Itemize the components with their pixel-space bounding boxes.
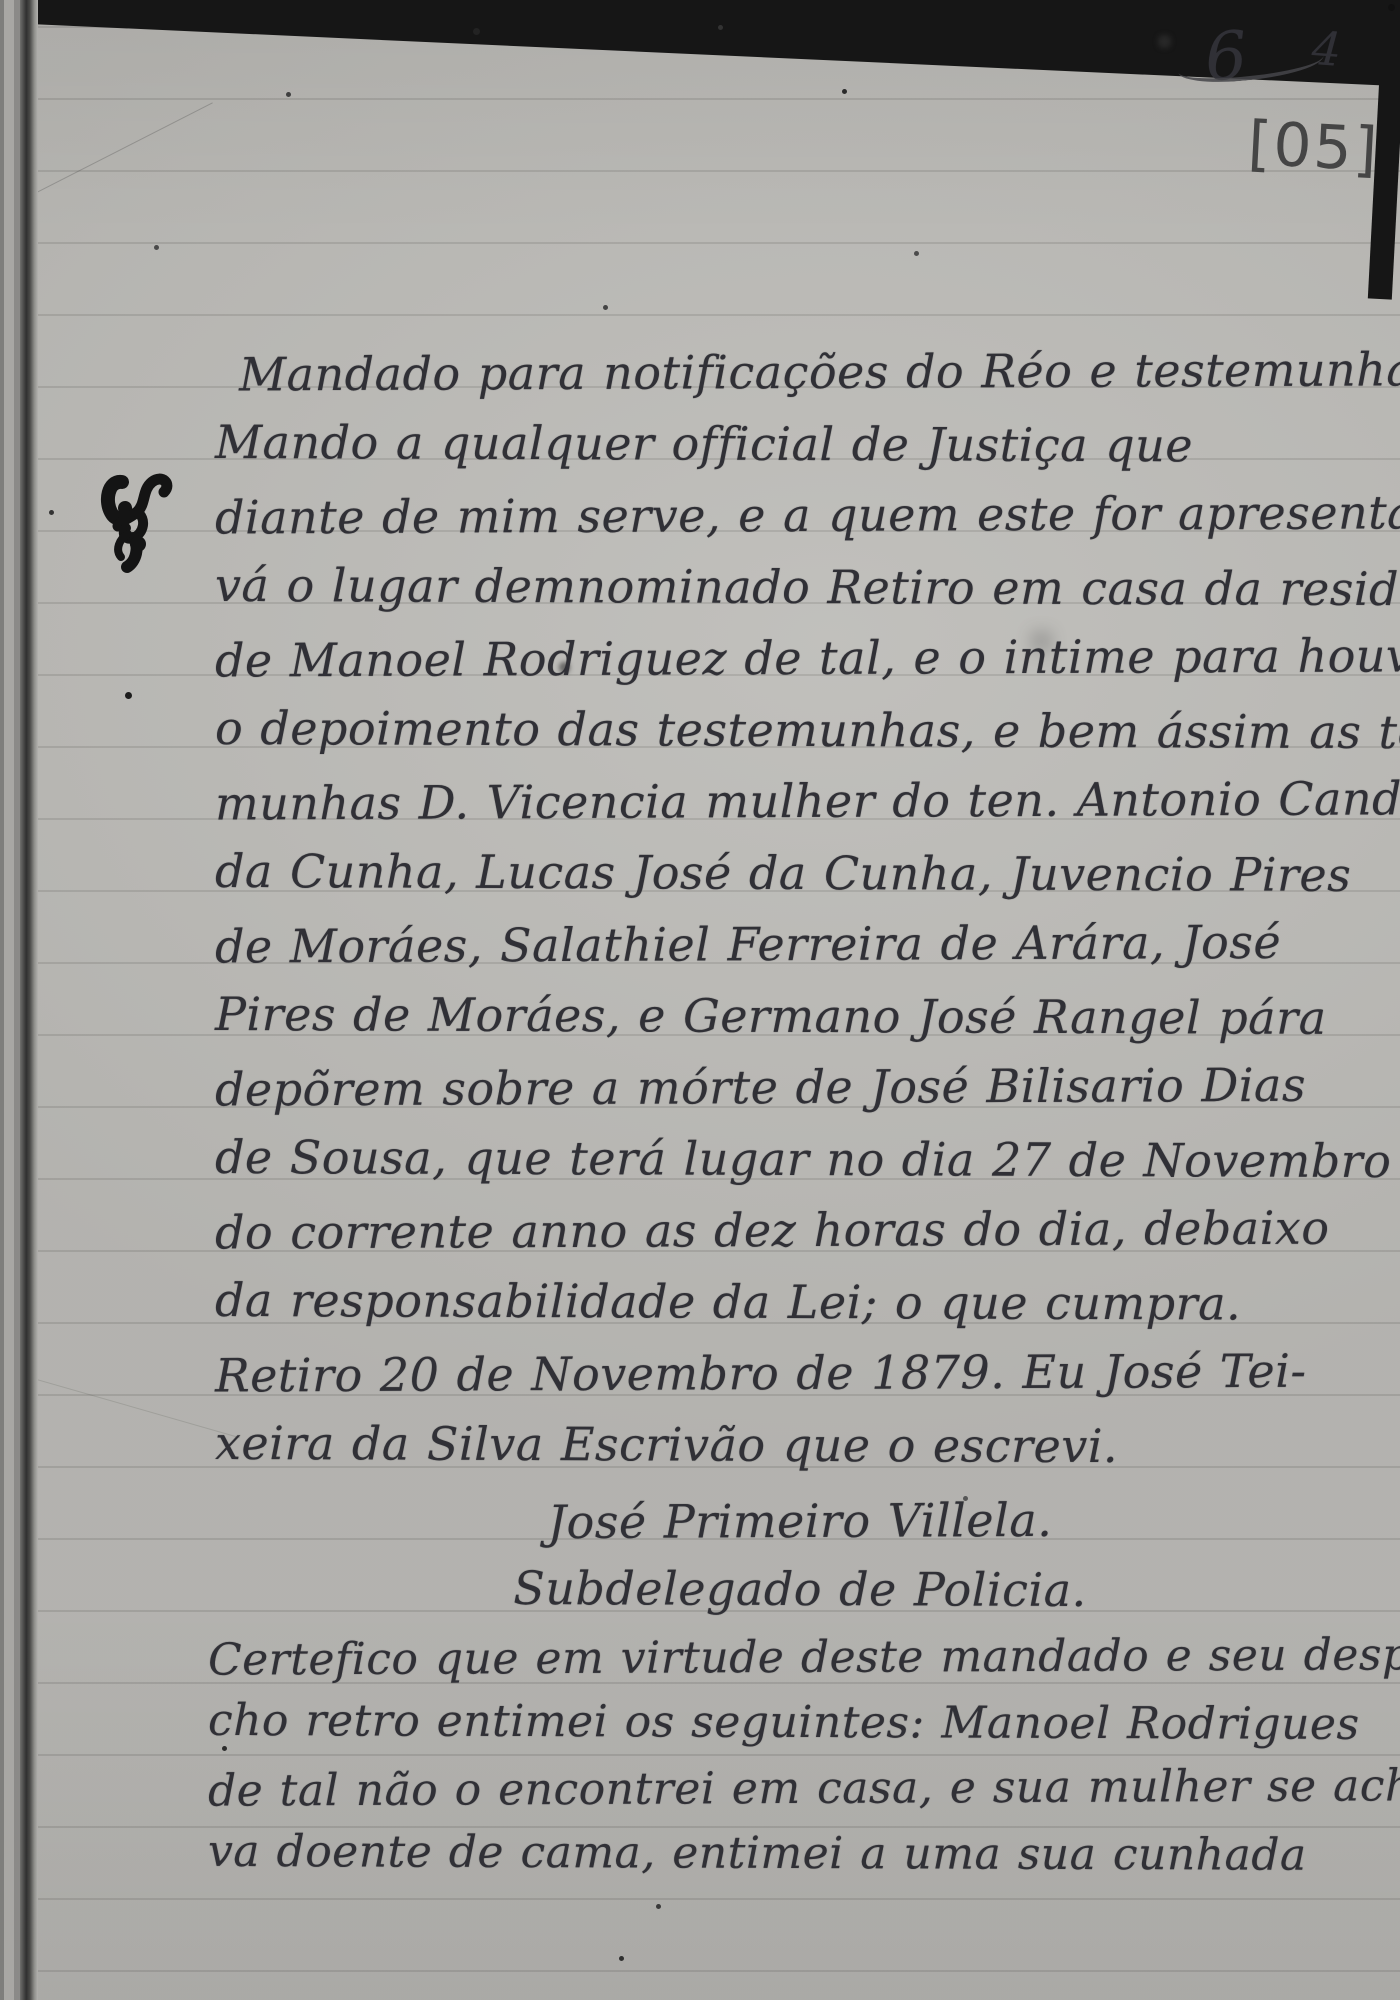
manuscript-line: do corrente anno as dez horas do dia, de… — [215, 1192, 1385, 1269]
catalog-number-pencil: [05] — [1246, 109, 1381, 186]
previous-page-edge — [0, 0, 20, 2000]
manuscript-line: Certefico que em virtude deste mandado e… — [208, 1622, 1393, 1692]
signature-title: Subdelegado de Policia. — [215, 1553, 1385, 1625]
manuscript-line: da Cunha, Lucas José da Cunha, Juvencio … — [215, 835, 1385, 911]
manuscript-line: diante de mim serve, e a quem este for a… — [215, 477, 1385, 554]
manuscript-line: da responsabilidade da Lei; o que cumpra… — [215, 1264, 1385, 1340]
manuscript-line: Pires de Moráes, e Germano José Rangel p… — [215, 978, 1385, 1054]
manuscript-line: Retiro 20 de Novembro de 1879. Eu José T… — [215, 1335, 1385, 1412]
manuscript-body: Mandado para notificações do Réo e teste… — [215, 337, 1385, 1481]
manuscript-line: Mando a qualquer official de Justiça que — [215, 406, 1385, 482]
ink-blot — [92, 472, 182, 580]
manuscript-line: Mandado para notificações do Réo e teste… — [215, 334, 1385, 411]
signature-block: José Primeiro Villela. Subdelegado de Po… — [215, 1487, 1385, 1623]
scanned-manuscript-page: 6 4 [05] Mandado para notificações do Ré… — [0, 0, 1400, 2000]
manuscript-line: de Sousa, que terá lugar no dia 27 de No… — [215, 1121, 1385, 1197]
certificate-block: Certefico que em virtude deste mandado e… — [208, 1625, 1393, 1886]
manuscript-line: depõrem sobre a mórte de José Bilisario … — [215, 1049, 1385, 1126]
manuscript-line: cho retro entimei os seguintes: Manoel R… — [208, 1688, 1393, 1757]
signature-name: José Primeiro Villela. — [215, 1484, 1385, 1557]
binding-fold — [20, 0, 38, 2000]
ink-specks — [0, 0, 3, 3]
manuscript-line: va doente de cama, entimei a uma sua cun… — [208, 1819, 1393, 1888]
manuscript-line: vá o lugar demnominado Retiro em casa da… — [215, 549, 1385, 625]
manuscript-line: de Manoel Rodriguez de tal, e o intime p… — [215, 620, 1385, 697]
manuscript-line: xeira da Silva Escrivão que o escrevi. — [215, 1407, 1385, 1483]
manuscript-line: de Moráes, Salathiel Ferreira de Arára, … — [215, 906, 1385, 983]
folio-number-pencil: 4 — [1310, 21, 1343, 77]
manuscript-line: de tal não o encontrei em casa, e sua mu… — [208, 1753, 1393, 1823]
manuscript-line: o depoimento das testemunhas, e bem ássi… — [215, 692, 1385, 768]
manuscript-line: munhas D. Vicencia mulher do ten. Antoni… — [215, 763, 1385, 840]
